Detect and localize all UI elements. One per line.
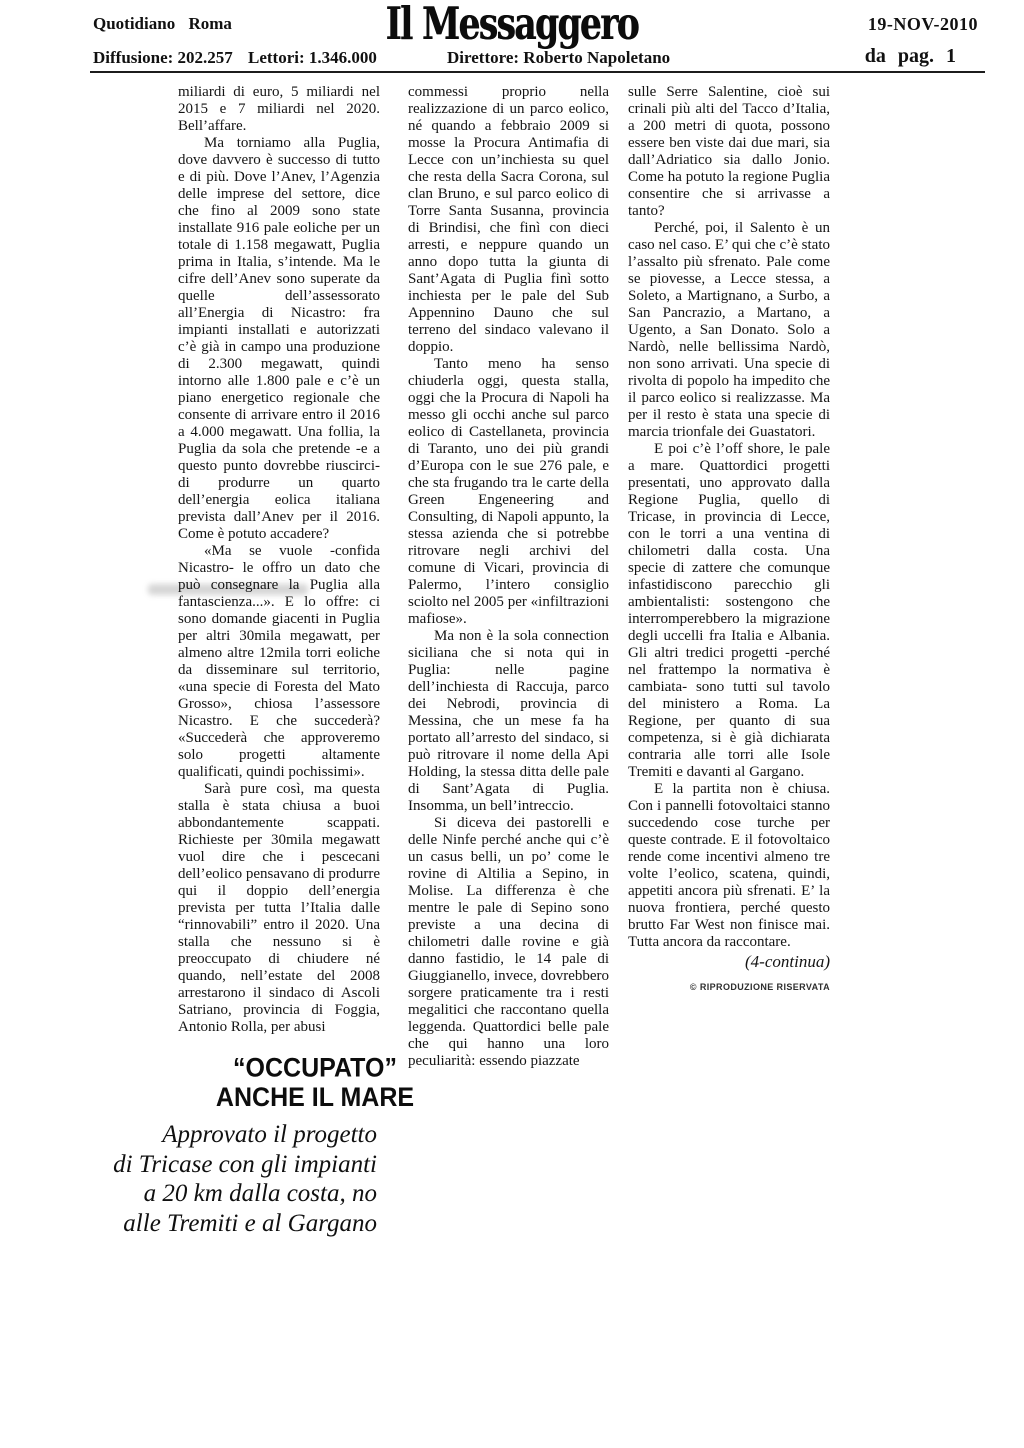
- continuation-note: (4-continua): [628, 953, 830, 970]
- deck-line: a 20 km dalla costa, no: [105, 1179, 377, 1209]
- deck-line: alle Tremiti e al Gargano: [105, 1209, 377, 1239]
- kicker-line-2: ANCHE IL MARE: [185, 1083, 445, 1112]
- article-paragraph: sulle Serre Salentine, cioè sui crinali …: [628, 84, 830, 220]
- kicker-headline: “OCCUPATO” ANCHE IL MARE: [185, 1054, 445, 1112]
- article-paragraph: commessi proprio nella realizzazione di …: [408, 84, 609, 356]
- article-paragraph: Tanto meno ha senso chiuderla oggi, ques…: [408, 356, 609, 628]
- kicker-line-1: “OCCUPATO”: [185, 1054, 445, 1083]
- article-paragraph: E poi c’è l’off shore, le pale a mare. Q…: [628, 441, 830, 781]
- article-column-3: sulle Serre Salentine, cioè sui crinali …: [628, 84, 830, 996]
- article-paragraph: miliardi di euro, 5 miliardi nel 2015 e …: [178, 84, 380, 135]
- page-reference: da pag. 1: [0, 45, 956, 68]
- article-paragraph: Ma non è la sola connection siciliana ch…: [408, 628, 609, 815]
- article-paragraph: Ma torniamo alla Puglia, dove davvero è …: [178, 135, 380, 543]
- article-paragraph: Si diceva dei pastorelli e delle Ninfe p…: [408, 815, 609, 1070]
- article-paragraph: E la partita non è chiusa. Con i pannell…: [628, 781, 830, 951]
- article-paragraph: Sarà pure così, ma questa stalla è stata…: [178, 781, 380, 1036]
- header-divider: [90, 71, 985, 73]
- deck-line: Approvato il progetto: [105, 1120, 377, 1150]
- article-column-2: commessi proprio nella realizzazione di …: [408, 84, 609, 1070]
- deck-headline: Approvato il progetto di Tricase con gli…: [105, 1120, 377, 1238]
- article-paragraph: «Ma se vuole -confida Nicastro- le offro…: [178, 543, 380, 781]
- article-paragraph: Perché, poi, il Salento è un caso nel ca…: [628, 220, 830, 441]
- deck-line: di Tricase con gli impianti: [105, 1150, 377, 1180]
- article-column-1: miliardi di euro, 5 miliardi nel 2015 e …: [178, 84, 380, 1036]
- copyright-notice: © RIPRODUZIONE RISERVATA: [628, 979, 830, 996]
- newspaper-clipping-page: Quotidiano Roma Il Messaggero 19-NOV-201…: [0, 0, 1024, 1448]
- clipping-date: 19-NOV-2010: [0, 14, 978, 35]
